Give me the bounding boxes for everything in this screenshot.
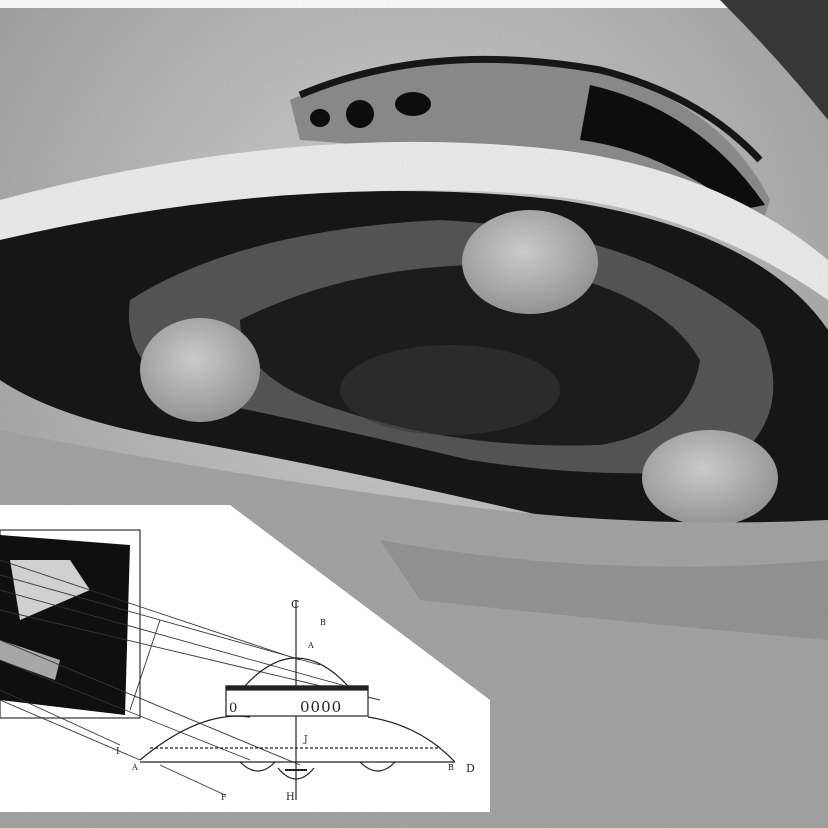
label-b-pointer: B — [320, 618, 326, 627]
under-dome — [462, 210, 598, 314]
under-dome — [642, 430, 778, 526]
label-d: D — [466, 762, 475, 775]
porthole-glyphs: 0000 — [300, 698, 342, 716]
label-i: I — [116, 747, 120, 757]
porthole-icon — [395, 92, 431, 116]
label-a-rim: A — [131, 763, 138, 772]
label-c: C — [291, 598, 299, 611]
label-j: J — [303, 735, 308, 745]
label-b-rim: B — [448, 763, 454, 772]
left-porthole-glyph: 0 — [229, 701, 237, 716]
label-a-top: A — [307, 641, 314, 650]
photo-canvas: 0000 0 C B A A B D F H I J — [0, 0, 828, 828]
label-f: F — [221, 793, 227, 802]
porthole-icon — [346, 100, 374, 128]
photo-scene: 0000 0 C B A A B D F H I J — [0, 0, 828, 828]
under-dome — [140, 318, 260, 422]
porthole-icon — [310, 109, 330, 127]
label-h: H — [286, 792, 295, 803]
